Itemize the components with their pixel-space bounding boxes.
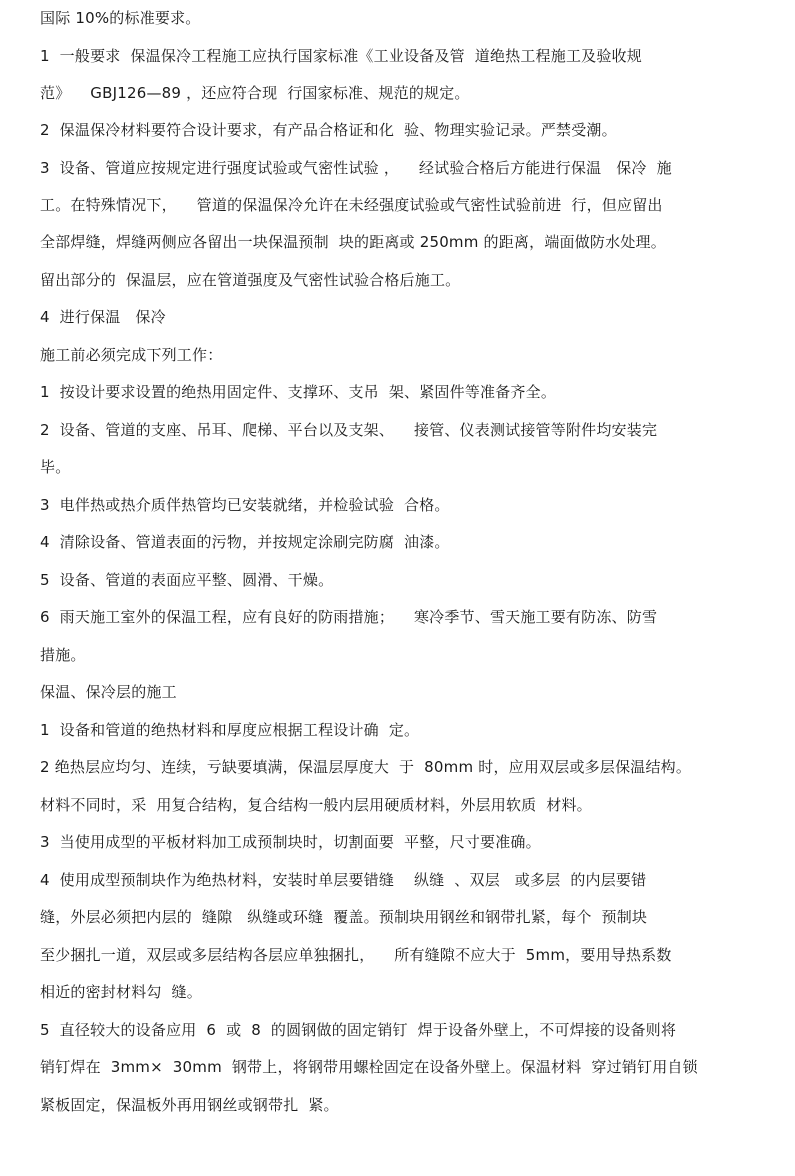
text-line: 3 电伴热或热介质伴热管均已安装就绪，并检验试验 合格。	[40, 493, 740, 517]
text-line: 缝，外层必须把内层的 缝隙 纵缝或环缝 覆盖。预制块用钢丝和钢带扎紧，每个 预制…	[40, 905, 740, 929]
text-line: 5 设备、管道的表面应平整、圆滑、干燥。	[40, 568, 740, 592]
text-line: 2 绝热层应均匀、连续，亏缺要填满，保温层厚度大 于 80mm 时，应用双层或多…	[40, 755, 740, 779]
document-page: 国际 10%的标准要求。 1 一般要求 保温保冷工程施工应执行国家标准《工业设备…	[0, 0, 795, 1176]
text-line: 留出部分的 保温层，应在管道强度及气密性试验合格后施工。	[40, 268, 740, 292]
text-line: 范》 GBJ126—89 ，还应符合现 行国家标准、规范的规定。	[40, 81, 740, 105]
text-line: 3 当使用成型的平板材料加工成预制块时，切割面要 平整，尺寸要准确。	[40, 830, 740, 854]
text-line: 措施。	[40, 643, 740, 667]
section-heading: 保温、保冷层的施工	[40, 680, 740, 704]
text-line: 施工前必须完成下列工作：	[40, 343, 740, 367]
text-line: 销钉焊在 3mm× 30mm 钢带上，将钢带用螺栓固定在设备外壁上。保温材料 穿…	[40, 1055, 740, 1079]
text-line: 紧板固定，保温板外再用钢丝或钢带扎 紧。	[40, 1093, 740, 1117]
text-line: 2 保温保冷材料要符合设计要求，有产品合格证和化 验、物理实验记录。严禁受潮。	[40, 118, 740, 142]
text-line: 5 直径较大的设备应用 6 或 8 的圆钢做的固定销钉 焊于设备外壁上，不可焊接…	[40, 1018, 740, 1042]
text-line: 1 按设计要求设置的绝热用固定件、支撑环、支吊 架、紧固件等准备齐全。	[40, 380, 740, 404]
text-line: 国际 10%的标准要求。	[40, 6, 740, 30]
text-line: 毕。	[40, 455, 740, 479]
text-line: 相近的密封材料勾 缝。	[40, 980, 740, 1004]
text-line: 材料不同时，采 用复合结构，复合结构一般内层用硬质材料，外层用软质 材料。	[40, 793, 740, 817]
text-line: 3 设备、管道应按规定进行强度试验或气密性试验 ， 经试验合格后方能进行保温 保…	[40, 156, 740, 180]
section-heading: 4 进行保温 保冷	[40, 305, 740, 329]
text-line: 2 设备、管道的支座、吊耳、爬梯、平台以及支架、 接管、仪表测试接管等附件均安装…	[40, 418, 740, 442]
text-line: 4 使用成型预制块作为绝热材料，安装时单层要错缝 纵缝 、双层 或多层 的内层要…	[40, 868, 740, 892]
text-line: 4 清除设备、管道表面的污物，并按规定涂刷完防腐 油漆。	[40, 530, 740, 554]
text-line: 1 一般要求 保温保冷工程施工应执行国家标准《工业设备及管 道绝热工程施工及验收…	[40, 44, 740, 68]
text-line: 至少捆扎一道，双层或多层结构各层应单独捆扎， 所有缝隙不应大于 5mm，要用导热…	[40, 943, 740, 967]
text-line: 6 雨天施工室外的保温工程，应有良好的防雨措施； 寒冷季节、雪天施工要有防冻、防…	[40, 605, 740, 629]
text-line: 工。在特殊情况下， 管道的保温保冷允许在未经强度试验或气密性试验前进 行，但应留…	[40, 193, 740, 217]
text-line: 1 设备和管道的绝热材料和厚度应根据工程设计确 定。	[40, 718, 740, 742]
text-line: 全部焊缝，焊缝两侧应各留出一块保温预制 块的距离或 250mm 的距离，端面做防…	[40, 230, 740, 254]
